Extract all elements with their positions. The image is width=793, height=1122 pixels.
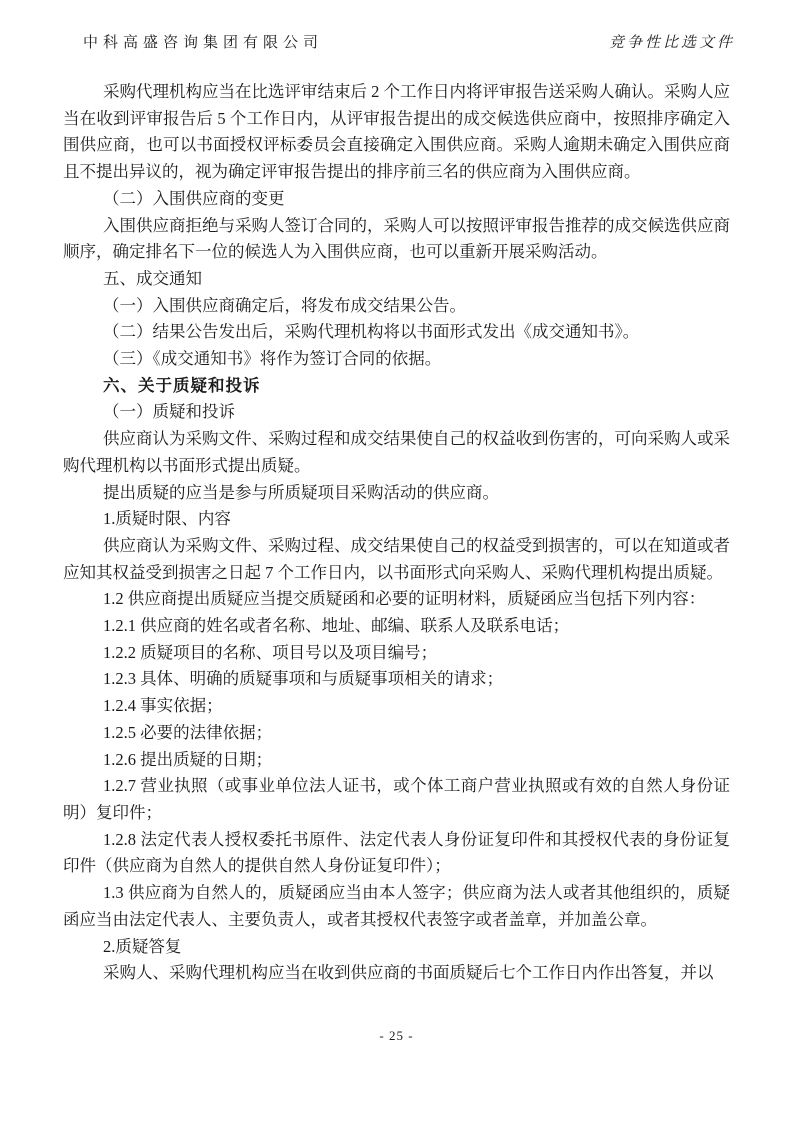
para-6-1-heading: （一）质疑和投诉 [63,399,730,426]
para-challenge-time-heading: 1.质疑时限、内容 [63,506,730,533]
para-winner-change-body: 入围供应商拒绝与采购人签订合同的，采购人可以按照评审报告推荐的成交候选供应商顺序… [63,213,730,266]
para-1-2-3-challenge-items: 1.2.3 具体、明确的质疑事项和与质疑事项相关的请求； [63,666,730,693]
para-1-2-7-business-license: 1.2.7 营业执照（或事业单位法人证书，或个体工商户营业执照或有效的自然人身份… [63,773,730,826]
para-1-2-6-challenge-date: 1.2.6 提出质疑的日期； [63,747,730,774]
page-header: 中科高盛咨询集团有限公司 竞争性比选文件 [83,31,735,52]
document-body: 采购代理机构应当在比选评审结束后 2 个工作日内将评审报告送采购人确认。采购人应… [63,79,730,987]
para-challenge-time-body: 供应商认为采购文件、采购过程、成交结果使自己的权益受到损害的，可以在知道或者应知… [63,533,730,586]
para-1-2-challenge-letter: 1.2 供应商提出质疑应当提交质疑函和必要的证明材料，质疑函应当包括下列内容： [63,586,730,613]
document-page: 中科高盛咨询集团有限公司 竞争性比选文件 采购代理机构应当在比选评审结束后 2 … [0,0,793,1122]
para-1-3-signature-seal: 1.3 供应商为自然人的，质疑函应当由本人签字；供应商为法人或者其他组织的，质疑… [63,880,730,933]
para-challenge-scope: 供应商认为采购文件、采购过程和成交结果使自己的权益收到伤害的，可向采购人或采购代… [63,426,730,479]
page-footer: - 25 - [0,1028,793,1044]
para-challenge-eligibility: 提出质疑的应当是参与所质疑项目采购活动的供应商。 [63,480,730,507]
header-company-name: 中科高盛咨询集团有限公司 [83,31,323,52]
para-1-2-4-factual-basis: 1.2.4 事实依据； [63,693,730,720]
para-1-2-1-contact-info: 1.2.1 供应商的姓名或者名称、地址、邮编、联系人及联系电话； [63,613,730,640]
para-winner-change-heading: （二）入围供应商的变更 [63,186,730,213]
header-doc-type: 竞争性比选文件 [609,31,735,52]
para-5-1-result-announcement: （一）入围供应商确定后，将发布成交结果公告。 [63,293,730,320]
section-5-heading-award-notice: 五、成交通知 [63,266,730,293]
para-1-2-5-legal-basis: 1.2.5 必要的法律依据； [63,720,730,747]
para-1-2-2-project-info: 1.2.2 质疑项目的名称、项目号以及项目编号； [63,640,730,667]
section-6-heading-challenge-complaint: 六、关于质疑和投诉 [63,373,730,400]
para-2-reply-heading: 2.质疑答复 [63,934,730,961]
para-5-3-contract-basis: （三）《成交通知书》将作为签订合同的依据。 [63,346,730,373]
para-review-report-confirmation: 采购代理机构应当在比选评审结束后 2 个工作日内将评审报告送采购人确认。采购人应… [63,79,730,186]
para-1-2-8-authorization-docs: 1.2.8 法定代表人授权委托书原件、法定代表人身份证复印件和其授权代表的身份证… [63,827,730,880]
page-number: - 25 - [379,1028,413,1043]
para-2-reply-body: 采购人、采购代理机构应当在收到供应商的书面质疑后七个工作日内作出答复，并以 [63,960,730,987]
para-5-2-award-notice-issue: （二）结果公告发出后，采购代理机构将以书面形式发出《成交通知书》。 [63,319,730,346]
